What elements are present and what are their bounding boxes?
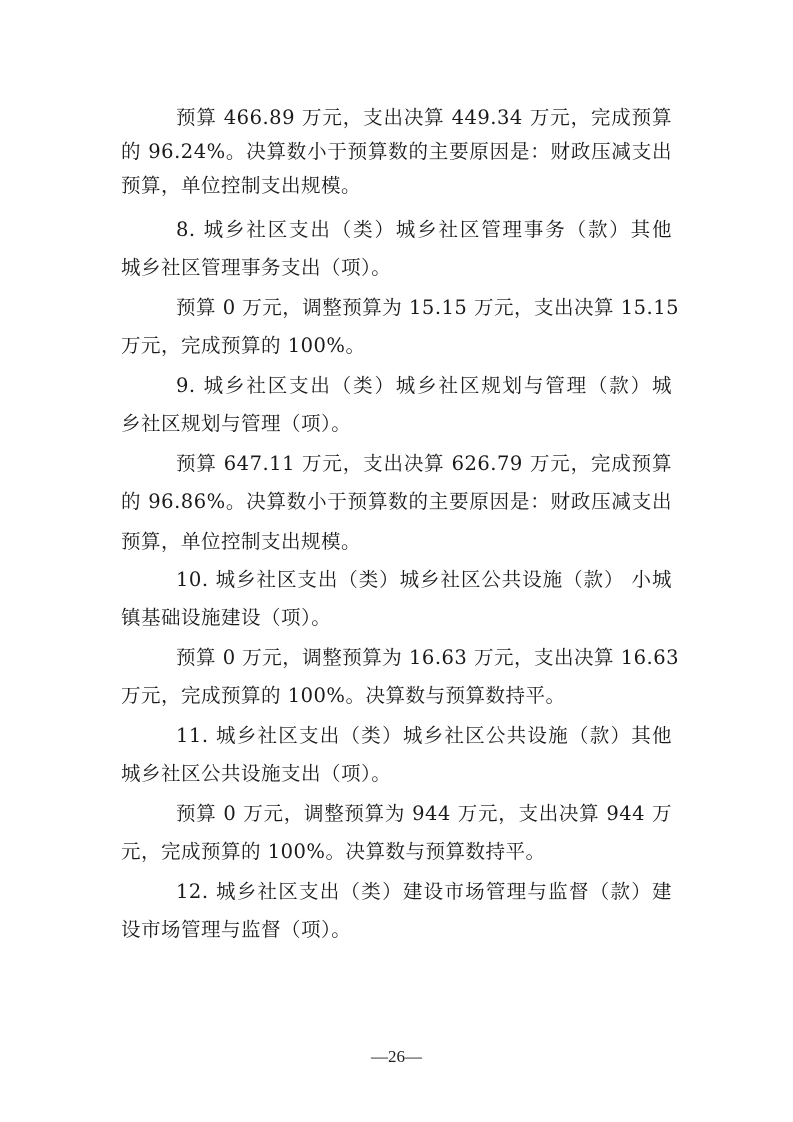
item-8-heading-line-1: 8. 城乡社区支出（类）城乡社区管理事务（款）其他 <box>176 217 672 243</box>
item-11-heading-line-2: 城乡社区公共设施支出（项）。 <box>121 761 672 787</box>
item-11-body-line-1: 预算 0 万元，调整预算为 944 万元，支出决算 944 万 <box>176 801 672 827</box>
text-line-1: 预算 466.89 万元，支出决算 449.34 万元，完成预算 <box>176 105 672 131</box>
document-page: 预算 466.89 万元，支出决算 449.34 万元，完成预算 的 96.24… <box>0 0 793 1122</box>
item-9-heading-line-1: 9. 城乡社区支出（类）城乡社区规划与管理（款）城 <box>176 373 672 399</box>
item-11-heading-line-1: 11. 城乡社区支出（类）城乡社区公共设施（款）其他 <box>176 723 672 749</box>
text-line-2: 的 96.24%。决算数小于预算数的主要原因是：财政压减支出 <box>121 139 672 165</box>
item-8-heading-line-2: 城乡社区管理事务支出（项）。 <box>121 255 672 281</box>
item-10-body-line-1: 预算 0 万元，调整预算为 16.63 万元，支出决算 16.63 <box>176 645 672 671</box>
item-10-heading-line-1: 10. 城乡社区支出（类）城乡社区公共设施（款） 小城 <box>176 567 672 593</box>
item-9-body-line-2: 的 96.86%。决算数小于预算数的主要原因是：财政压减支出 <box>121 489 672 515</box>
item-8-body-line-2: 万元，完成预算的 100%。 <box>121 333 672 359</box>
item-8-body-line-1: 预算 0 万元，调整预算为 15.15 万元，支出决算 15.15 <box>176 295 672 321</box>
item-12-heading-line-2: 设市场管理与监督（项）。 <box>121 917 672 943</box>
item-9-body-line-3: 预算，单位控制支出规模。 <box>121 529 672 555</box>
item-10-heading-line-2: 镇基础设施建设（项）。 <box>121 605 672 631</box>
text-line-3: 预算，单位控制支出规模。 <box>121 173 672 199</box>
item-9-heading-line-2: 乡社区规划与管理（项）。 <box>121 411 672 437</box>
item-9-body-line-1: 预算 647.11 万元，支出决算 626.79 万元，完成预算 <box>176 451 672 477</box>
item-10-body-line-2: 万元，完成预算的 100%。决算数与预算数持平。 <box>121 683 672 709</box>
page-number: —26— <box>0 1047 793 1067</box>
item-11-body-line-2: 元，完成预算的 100%。决算数与预算数持平。 <box>121 839 672 865</box>
item-12-heading-line-1: 12. 城乡社区支出（类）建设市场管理与监督（款）建 <box>176 879 672 905</box>
